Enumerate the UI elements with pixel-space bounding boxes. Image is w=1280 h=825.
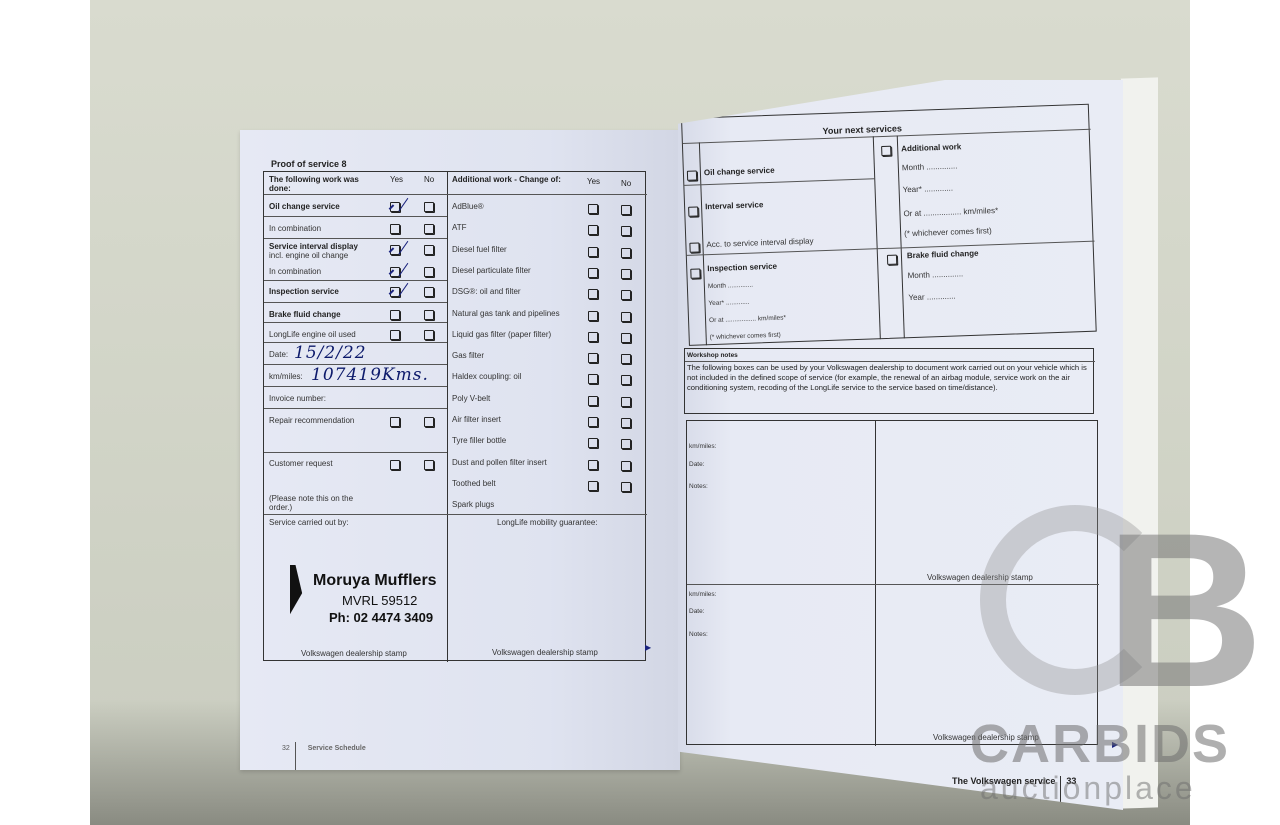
divider xyxy=(447,514,448,662)
additional-work-label: Diesel particulate filter xyxy=(452,266,531,275)
additional-no-checkbox[interactable] xyxy=(621,482,631,492)
additional-yes-checkbox[interactable] xyxy=(588,311,598,321)
additional-yes-checkbox[interactable] xyxy=(588,332,598,342)
divider xyxy=(295,742,296,770)
right-page: Your next services Oil change service In… xyxy=(678,80,1123,810)
km-label: km/miles: xyxy=(269,372,303,381)
entry2-notes-label: Notes: xyxy=(689,631,708,638)
divider xyxy=(264,194,647,195)
brake-year[interactable]: Year ............. xyxy=(908,292,956,303)
additional-yes-checkbox[interactable] xyxy=(588,268,598,278)
header-no-additional: No xyxy=(621,179,631,188)
additional-no-checkbox[interactable] xyxy=(621,269,631,279)
service-no-checkbox[interactable] xyxy=(424,245,434,255)
stamp-caption-1: Volkswagen dealership stamp xyxy=(301,649,407,658)
additional-no-checkbox[interactable] xyxy=(621,354,631,364)
service-label: Inspection service xyxy=(269,287,339,296)
customer-request-label: Customer request xyxy=(269,459,333,468)
service-no-checkbox[interactable] xyxy=(424,267,434,277)
additional-no-checkbox[interactable] xyxy=(621,439,631,449)
stamp-phone: Ph: 02 4474 3409 xyxy=(329,610,433,625)
additional-month[interactable]: Month .............. xyxy=(902,161,958,172)
divider xyxy=(264,386,447,387)
inspection-label: Inspection service xyxy=(707,262,777,273)
divider xyxy=(264,514,647,515)
watermark-letter: B xyxy=(1105,500,1264,720)
additional-or-at[interactable]: Or at ................. km/miles* xyxy=(903,206,998,218)
additional-yes-checkbox[interactable] xyxy=(588,204,598,214)
additional-year[interactable]: Year* ............. xyxy=(902,184,953,195)
service-no-checkbox[interactable] xyxy=(424,330,434,340)
additional-yes-checkbox[interactable] xyxy=(588,247,598,257)
service-yes-checkbox[interactable] xyxy=(390,224,400,234)
entry1-date-label: Date: xyxy=(689,461,705,468)
date-label: Date: xyxy=(269,350,288,359)
entry1-notes-label: Notes: xyxy=(689,483,708,490)
service-label: LongLife engine oil used xyxy=(269,330,356,339)
additional-work-label: Poly V-belt xyxy=(452,394,490,403)
checkmark-icon xyxy=(388,255,409,276)
divider xyxy=(264,216,447,217)
service-yes-checkbox[interactable] xyxy=(390,330,400,340)
service-sublabel: incl. engine oil change xyxy=(269,251,348,260)
additional-work-label: AdBlue® xyxy=(452,202,484,211)
divider xyxy=(873,136,881,339)
additional-work-label: Diesel fuel filter xyxy=(452,245,507,254)
additional-work-label: Liquid gas filter (paper filter) xyxy=(452,330,551,339)
additional-yes-checkbox[interactable] xyxy=(588,438,598,448)
additional-work-label: Spark plugs xyxy=(452,500,494,509)
additional-yes-checkbox[interactable] xyxy=(588,225,598,235)
service-no-checkbox[interactable] xyxy=(424,202,434,212)
additional-work-label: ATF xyxy=(452,223,467,232)
footer-left: 32 Service Schedule xyxy=(282,745,366,752)
interval-service-checkbox[interactable] xyxy=(688,206,698,216)
additional-yes-checkbox[interactable] xyxy=(588,374,598,384)
service-label: In combination xyxy=(269,267,321,276)
additional-work-label: Dust and pollen filter insert xyxy=(452,458,547,467)
page-number: 32 xyxy=(282,745,290,752)
header-additional: Additional work - Change of: xyxy=(452,175,561,184)
brake-month[interactable]: Month .............. xyxy=(907,269,963,280)
stamp-caption-2: Volkswagen dealership stamp xyxy=(492,648,598,657)
repair-no-checkbox[interactable] xyxy=(424,417,434,427)
carried-out-label: Service carried out by: xyxy=(269,518,349,527)
additional-work-checkbox[interactable] xyxy=(881,146,891,156)
workshop-notes-title: Workshop notes xyxy=(687,352,738,359)
divider xyxy=(264,408,447,409)
next-services-box: Your next services Oil change service In… xyxy=(681,104,1097,346)
additional-work-label: Haldex coupling: oil xyxy=(452,372,521,381)
additional-no-checkbox[interactable] xyxy=(621,461,631,471)
additional-work-label: Additional work xyxy=(901,142,961,153)
divider xyxy=(264,322,447,323)
repair-yes-checkbox[interactable] xyxy=(390,417,400,427)
next-services-title: Your next services xyxy=(822,123,902,136)
additional-work-label: Air filter insert xyxy=(452,415,501,424)
inspection-checkbox[interactable] xyxy=(690,268,700,278)
divider xyxy=(264,452,447,453)
interval-service-label: Interval service xyxy=(705,200,764,211)
service-label: Service interval display xyxy=(269,242,358,251)
entry2-date-label: Date: xyxy=(689,608,705,615)
additional-no-checkbox[interactable] xyxy=(621,375,631,385)
additional-no-checkbox[interactable] xyxy=(621,333,631,343)
km-value[interactable]: 107419Kms. xyxy=(311,365,429,385)
watermark-sub: auctionplace xyxy=(980,770,1196,807)
stamp-business-name: Moruya Mufflers xyxy=(313,572,437,590)
service-no-checkbox[interactable] xyxy=(424,224,434,234)
additional-yes-checkbox[interactable] xyxy=(588,289,598,299)
workshop-notes-box: Workshop notes The following boxes can b… xyxy=(684,348,1094,414)
inspection-month[interactable]: Month .............. xyxy=(708,282,753,291)
header-yes: Yes xyxy=(390,175,403,184)
additional-yes-checkbox[interactable] xyxy=(588,481,598,491)
additional-no-checkbox[interactable] xyxy=(621,397,631,407)
divider xyxy=(264,280,447,281)
additional-no-checkbox[interactable] xyxy=(621,226,631,236)
header-work-done: The following work was done: xyxy=(269,175,369,193)
acc-interval-label: Acc. to service interval display xyxy=(706,236,813,249)
additional-no-checkbox[interactable] xyxy=(621,290,631,300)
brake-fluid-label: Brake fluid change xyxy=(907,249,979,260)
divider xyxy=(684,178,874,186)
service-yes-checkbox[interactable] xyxy=(390,310,400,320)
additional-no-checkbox[interactable] xyxy=(621,312,631,322)
service-label: Brake fluid change xyxy=(269,310,341,319)
additional-no-checkbox[interactable] xyxy=(621,205,631,215)
mobility-guarantee-label: LongLife mobility guarantee: xyxy=(497,518,598,527)
date-value[interactable]: 15/2/22 xyxy=(294,343,367,363)
checkmark-icon xyxy=(388,233,409,254)
oil-change-label: Oil change service xyxy=(704,166,775,177)
watermark-brand: CARBIDS xyxy=(970,713,1230,775)
entry1-km-label: km/miles: xyxy=(689,443,716,450)
additional-work-label: Gas filter xyxy=(452,351,484,360)
acc-interval-checkbox[interactable] xyxy=(689,242,699,252)
service-label: Oil change service xyxy=(269,202,340,211)
divider xyxy=(685,361,1095,362)
workshop-notes-text: The following boxes can be used by your … xyxy=(687,363,1091,393)
checkmark-icon xyxy=(388,275,409,296)
inspection-whichever: (* whichever comes first) xyxy=(710,332,781,341)
customer-note: (Please note this on the order.) xyxy=(269,494,364,512)
divider xyxy=(447,172,448,514)
additional-no-checkbox[interactable] xyxy=(621,248,631,258)
oil-change-checkbox[interactable] xyxy=(687,170,697,180)
section-title: Proof of service 8 xyxy=(271,159,347,169)
additional-yes-checkbox[interactable] xyxy=(588,417,598,427)
service-no-checkbox[interactable] xyxy=(424,310,434,320)
repair-label: Repair recommendation xyxy=(269,416,354,425)
additional-work-label: DSG®: oil and filter xyxy=(452,287,521,296)
stamp-mvrl: MVRL 59512 xyxy=(342,593,417,608)
additional-yes-checkbox[interactable] xyxy=(588,396,598,406)
service-no-checkbox[interactable] xyxy=(424,287,434,297)
footer-title: Service Schedule xyxy=(308,745,366,752)
inspection-or-at[interactable]: Or at ................. km/miles* xyxy=(709,314,786,324)
service-label: In combination xyxy=(269,224,321,233)
brake-fluid-checkbox[interactable] xyxy=(887,255,897,265)
header-no: No xyxy=(424,175,434,184)
additional-no-checkbox[interactable] xyxy=(621,418,631,428)
customer-no-checkbox[interactable] xyxy=(424,460,434,470)
left-page: Proof of service 8 The following work wa… xyxy=(240,130,680,770)
additional-work-label: Natural gas tank and pipelines xyxy=(452,309,560,318)
divider xyxy=(264,302,447,303)
proof-of-service-form: The following work was done: Yes No Addi… xyxy=(263,171,646,661)
inspection-year[interactable]: Year* ............. xyxy=(708,299,749,307)
additional-yes-checkbox[interactable] xyxy=(588,353,598,363)
customer-yes-checkbox[interactable] xyxy=(390,460,400,470)
invoice-label: Invoice number: xyxy=(269,394,326,403)
divider xyxy=(264,238,447,239)
next-page-arrow-icon: ▶ xyxy=(645,643,651,652)
entry2-km-label: km/miles: xyxy=(689,591,716,598)
additional-work-label: Tyre filler bottle xyxy=(452,436,506,445)
additional-yes-checkbox[interactable] xyxy=(588,460,598,470)
additional-whichever: (* whichever comes first) xyxy=(904,226,992,238)
header-yes-additional: Yes xyxy=(587,177,600,186)
additional-work-label: Toothed belt xyxy=(452,479,496,488)
